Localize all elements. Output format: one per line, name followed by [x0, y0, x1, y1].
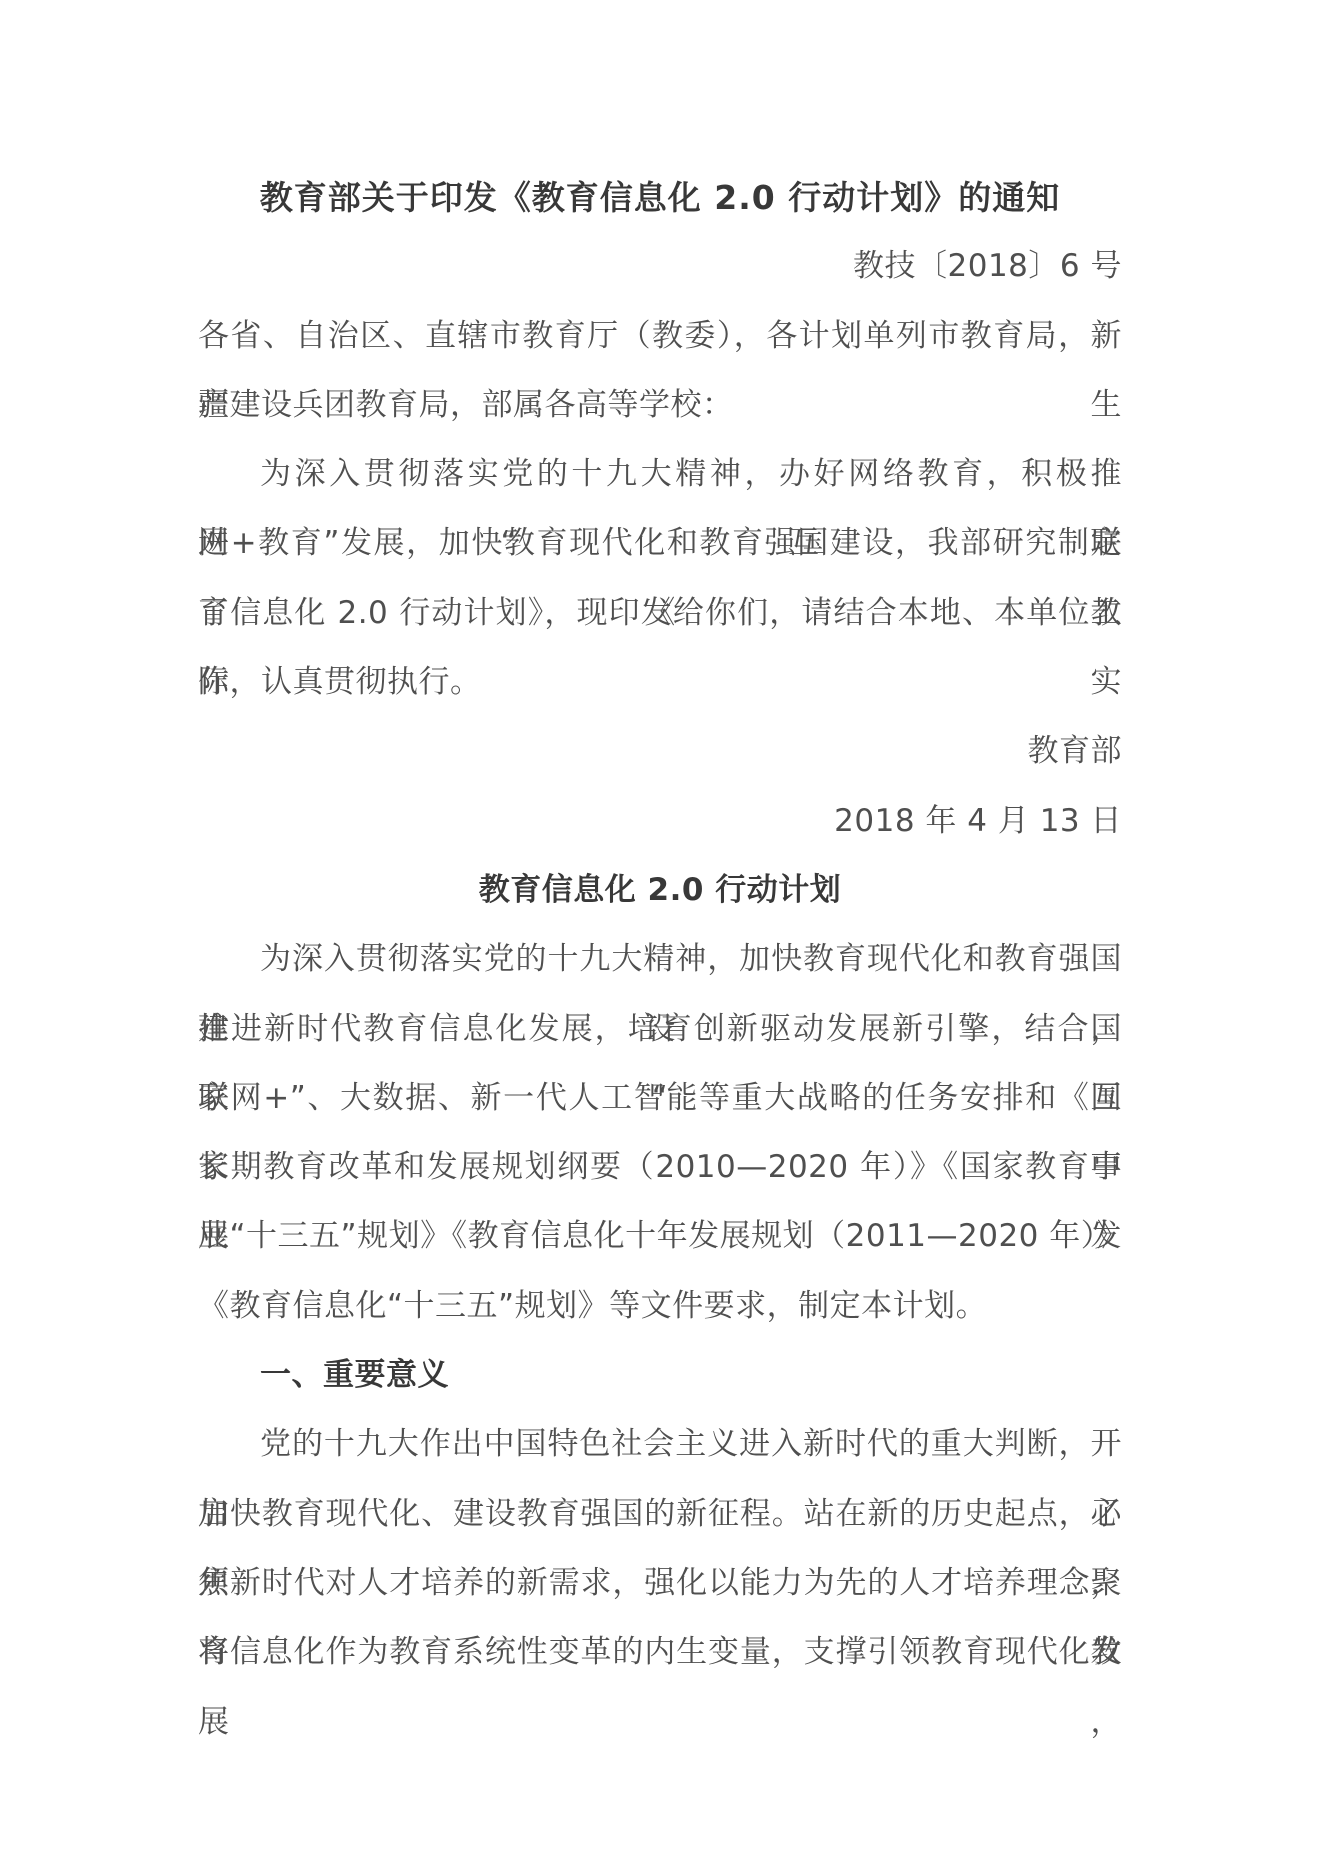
doc-line: 长期教育改革和发展规划纲要（2010—2020 年）》《国家教育事业发 — [198, 1133, 1122, 1202]
doc-line: 各省、自治区、直辖市教育厅（教委），各计划单列市教育局，新疆生 — [198, 302, 1122, 371]
section-heading: 一、重要意义 — [198, 1341, 1122, 1410]
document-page: 教育部关于印发《教育信息化 2.0 行动计划》的通知教技〔2018〕6 号各省、… — [0, 0, 1323, 1871]
doc-line: 育信息化 2.0 行动计划》，现印发给你们，请结合本地、本单位工作实 — [198, 579, 1122, 648]
doc-line: 焦新时代对人才培养的新需求，强化以能力为先的人才培养理念，将教 — [198, 1549, 1122, 1618]
doc-line: 加快教育现代化、建设教育强国的新征程。站在新的历史起点，必须聚 — [198, 1480, 1122, 1549]
doc-number: 教技〔2018〕6 号 — [198, 232, 1122, 301]
doc-line: 育信息化作为教育系统性变革的内生变量，支撑引领教育现代化发展， — [198, 1618, 1122, 1687]
doc-line: 网+教育”发展，加快教育现代化和教育强国建设，我部研究制定了《教 — [198, 509, 1122, 578]
doc-line: 展“十三五”规划》《教育信息化十年发展规划（2011—2020 年）》 — [198, 1202, 1122, 1271]
doc-line: 为深入贯彻落实党的十九大精神，加快教育现代化和教育强国建设， — [198, 925, 1122, 994]
doc-line: 党的十九大作出中国特色社会主义进入新时代的重大判断，开启了 — [198, 1410, 1122, 1479]
date: 2018 年 4 月 13 日 — [198, 787, 1122, 856]
doc-title: 教育部关于印发《教育信息化 2.0 行动计划》的通知 — [198, 163, 1122, 232]
doc-line: 《教育信息化“十三五”规划》等文件要求，制定本计划。 — [198, 1272, 1122, 1341]
doc-line: 为深入贯彻落实党的十九大精神，办好网络教育，积极推进“互联 — [198, 440, 1122, 509]
doc-line: 推进新时代教育信息化发展，培育创新驱动发展新引擎，结合国家“互 — [198, 995, 1122, 1064]
document-body: 教育部关于印发《教育信息化 2.0 行动计划》的通知教技〔2018〕6 号各省、… — [198, 163, 1122, 1688]
signature: 教育部 — [198, 717, 1122, 786]
section-title: 教育信息化 2.0 行动计划 — [198, 856, 1122, 925]
doc-line: 联网+”、大数据、新一代人工智能等重大战略的任务安排和《国家中 — [198, 1064, 1122, 1133]
